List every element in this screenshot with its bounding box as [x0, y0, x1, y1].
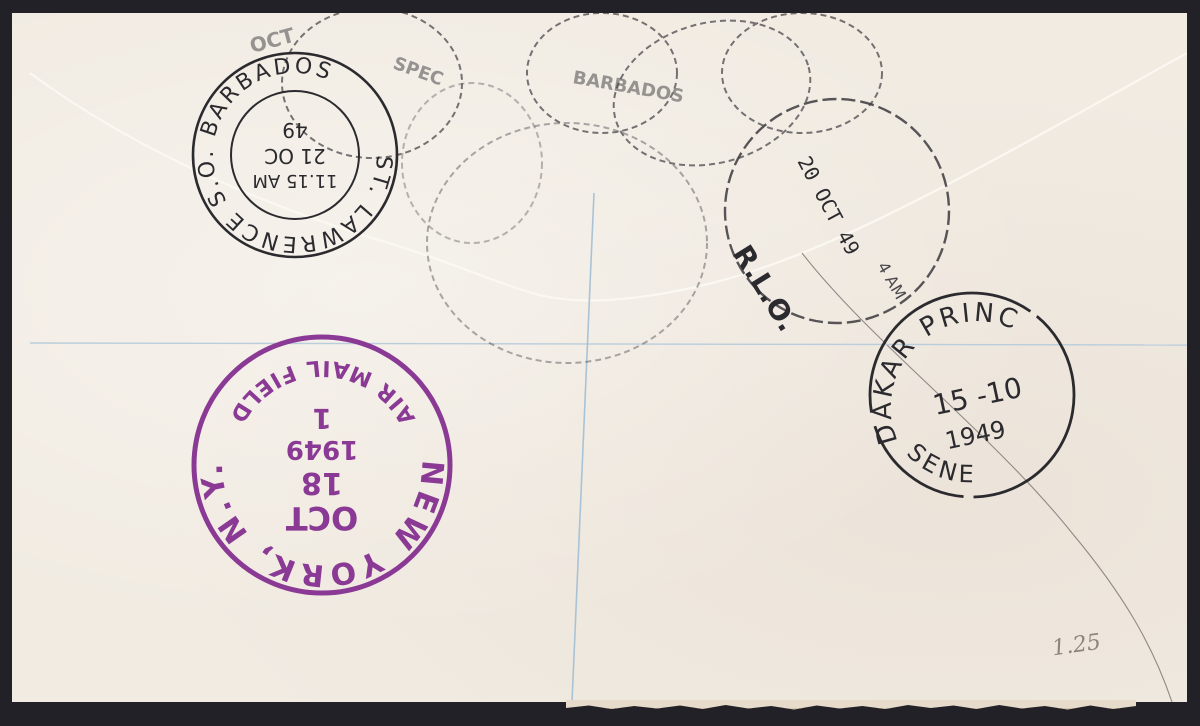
postmark-new-york: NEW YORK, N.Y. AIR MAIL FIELD OCT 18 194…: [194, 337, 450, 593]
torn-bottom-edge: [566, 700, 1136, 710]
postmark-st-lawrence: ST. LAWRENCE S.O. BARBADOS 11.15 AM 21 O…: [193, 53, 397, 257]
svg-text:49: 49: [282, 118, 307, 142]
postmark-dakar: DAKAR PRINC SENE 15 -10 1949: [846, 274, 1093, 517]
svg-text:OCT: OCT: [286, 499, 359, 537]
svg-text:R.L.O.: R.L.O.: [726, 239, 804, 337]
envelope-back: OCT BARBADOS SPEC ST. LAWRENCE S.O. BARB…: [12, 13, 1187, 702]
svg-text:BARBADOS: BARBADOS: [571, 67, 685, 107]
svg-text:21 OC: 21 OC: [264, 144, 326, 168]
registration-line-horizontal: [30, 343, 1187, 345]
svg-text:4 AM: 4 AM: [874, 259, 910, 303]
registration-line-vertical: [572, 193, 594, 702]
svg-text:1: 1: [312, 402, 331, 435]
svg-text:11.15 AM: 11.15 AM: [252, 170, 337, 191]
svg-text:DAKAR PRINC: DAKAR PRINC: [847, 286, 1046, 448]
svg-text:18: 18: [301, 465, 343, 500]
svg-text:1949: 1949: [943, 415, 1009, 455]
postmark-rlo: 20 OCT 49 R.L.O. 4 AM: [725, 99, 949, 337]
svg-text:15 -10: 15 -10: [930, 371, 1025, 422]
svg-text:SPEC: SPEC: [390, 53, 446, 90]
envelope-features: OCT BARBADOS SPEC ST. LAWRENCE S.O. BARB…: [12, 13, 1187, 702]
svg-text:1949: 1949: [286, 434, 358, 464]
